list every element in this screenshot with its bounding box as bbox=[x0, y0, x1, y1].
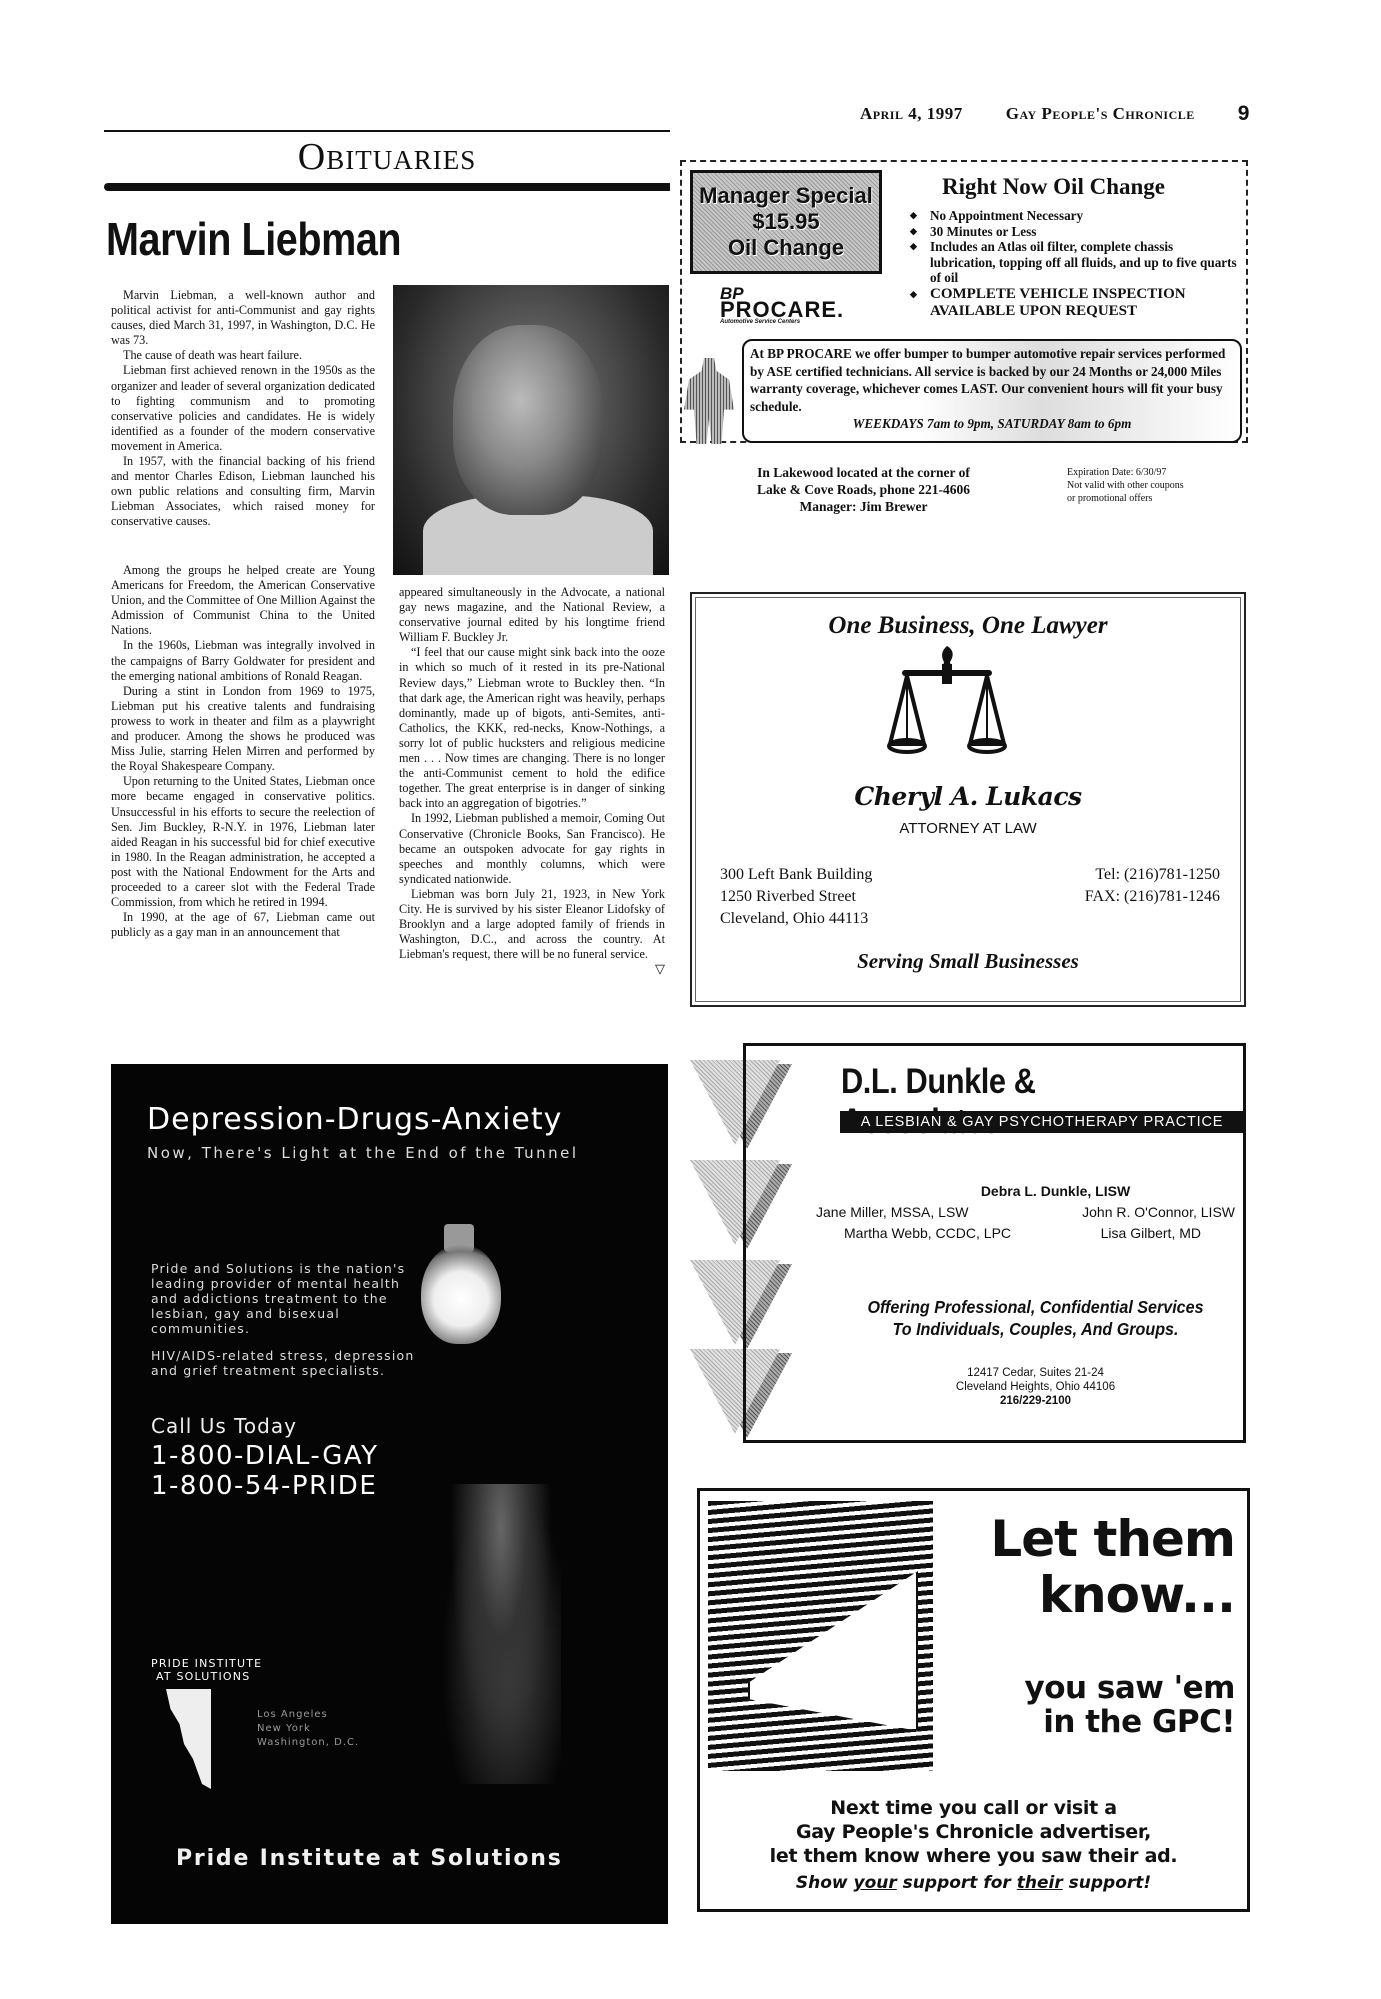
special-line: Oil Change bbox=[728, 235, 844, 261]
city: Washington, D.C. bbox=[257, 1736, 359, 1750]
address-line: 1250 Riverbed Street bbox=[720, 886, 872, 908]
lawyer-contact: Tel: (216)781-1250 FAX: (216)781-1246 bbox=[1085, 864, 1220, 908]
pride-institute-ad: Depression-Drugs-Anxiety Now, There's Li… bbox=[111, 1064, 668, 1924]
scales-of-justice-icon bbox=[882, 644, 1012, 759]
manager-special-box: Manager Special $15.95 Oil Change bbox=[690, 170, 882, 274]
staff-row: Martha Webb, CCDC, LPC Lisa Gilbert, MD bbox=[816, 1223, 1235, 1244]
phone-number: 1-800-DIAL-GAY bbox=[151, 1441, 379, 1471]
paragraph: Among the groups he helped create are Yo… bbox=[111, 563, 375, 638]
dunkle-band: A LESBIAN & GAY PSYCHOTHERAPY PRACTICE bbox=[840, 1111, 1244, 1133]
paragraph: appeared simultaneously in the Advocate,… bbox=[399, 585, 665, 645]
disclaimer: Not valid with other coupons bbox=[1067, 479, 1184, 492]
man-photo bbox=[441, 1484, 561, 1784]
issue-date: April 4, 1997 bbox=[860, 104, 963, 124]
article-column-1-top: Marvin Liebman, a well-known author and … bbox=[111, 288, 375, 530]
staff-row: Jane Miller, MSSA, LSW John R. O'Connor,… bbox=[816, 1202, 1235, 1223]
bullet-item: 30 Minutes or Less bbox=[910, 224, 1240, 240]
slogan-emphasis: your bbox=[854, 1873, 897, 1893]
paragraph: In the 1960s, Liebman was integrally inv… bbox=[111, 638, 375, 683]
expiration-date: Expiration Date: 6/30/97 bbox=[1067, 466, 1184, 479]
phone-number: Tel: (216)781-1250 bbox=[1085, 864, 1220, 886]
staff-member: Martha Webb, CCDC, LPC bbox=[844, 1223, 1011, 1244]
address-line: Cleveland Heights, Ohio 44106 bbox=[836, 1380, 1235, 1394]
logo-text: AT SOLUTIONS bbox=[151, 1670, 262, 1683]
bullet-item: Includes an Atlas oil filter, complete c… bbox=[910, 239, 1240, 286]
oil-expiration: Expiration Date: 6/30/97 Not valid with … bbox=[1067, 466, 1184, 505]
obituary-headline: Marvin Liebman bbox=[106, 212, 401, 266]
business-hours: WEEKDAYS 7am to 9pm, SATURDAY 8am to 6pm bbox=[750, 415, 1234, 433]
procare-logo-text: PROCARE. bbox=[720, 301, 844, 319]
city: New York bbox=[257, 1722, 359, 1736]
map-icon bbox=[166, 1689, 211, 1789]
masthead: April 4, 1997 Gay People's Chronicle 9 bbox=[860, 100, 1250, 128]
special-line: Manager Special bbox=[699, 183, 873, 209]
paragraph: Liebman was born July 21, 1923, in New Y… bbox=[399, 887, 665, 962]
megaphone-cone bbox=[748, 1571, 918, 1731]
gpc-ad: Let them know... you saw 'em in the GPC!… bbox=[697, 1488, 1250, 1912]
gpc-slogan: Show your support for their support! bbox=[700, 1873, 1247, 1893]
page-number: 9 bbox=[1238, 102, 1250, 126]
body-line: let them know where you saw their ad. bbox=[700, 1844, 1247, 1868]
paragraph: In 1957, with the financial backing of h… bbox=[111, 454, 375, 529]
phone-number: 1-800-54-PRIDE bbox=[151, 1471, 377, 1501]
body-line: Next time you call or visit a bbox=[700, 1796, 1247, 1820]
megaphone-icon bbox=[708, 1501, 933, 1771]
lawyer-headline: One Business, One Lawyer bbox=[692, 612, 1244, 640]
lawyer-title: ATTORNEY AT LAW bbox=[692, 820, 1244, 837]
dep-ad-body: Pride and Solutions is the nation's lead… bbox=[151, 1261, 421, 1390]
paragraph: In 1990, at the age of 67, Liebman came … bbox=[111, 910, 375, 940]
oil-location: In Lakewood located at the corner of Lak… bbox=[757, 464, 970, 515]
photo-face bbox=[453, 325, 603, 515]
publication-name: Gay People's Chronicle bbox=[1006, 104, 1195, 124]
special-price: $15.95 bbox=[752, 209, 819, 235]
address-line: 300 Left Bank Building bbox=[720, 864, 872, 886]
gpc-subhead: you saw 'em in the GPC! bbox=[1025, 1671, 1236, 1739]
end-mark-icon: ▽ bbox=[655, 962, 665, 977]
staff-lead: Debra L. Dunkle, LISW bbox=[816, 1181, 1235, 1202]
fax-number: FAX: (216)781-1246 bbox=[1085, 886, 1220, 908]
paragraph: “I feel that our cause might sink back i… bbox=[399, 645, 665, 811]
tagline-line: To Individuals, Couples, And Groups. bbox=[852, 1318, 1219, 1340]
subhead-line: in the GPC! bbox=[1025, 1705, 1236, 1739]
paragraph: The cause of death was heart failure. bbox=[111, 348, 375, 363]
section-title: Obituaries bbox=[104, 135, 670, 179]
call-prompt: Call Us Today bbox=[151, 1414, 297, 1438]
oil-ad-bullets: No Appointment Necessary 30 Minutes or L… bbox=[910, 208, 1240, 320]
paragraph: Marvin Liebman, a well-known author and … bbox=[111, 288, 375, 348]
staff-member: John R. O'Connor, LISW bbox=[1082, 1202, 1235, 1223]
slogan-part: support for bbox=[897, 1873, 1017, 1893]
lawyer-ad: One Business, One Lawyer Cheryl A. Lukac… bbox=[690, 592, 1246, 1007]
bullet-item: COMPLETE VEHICLE INSPECTION AVAILABLE UP… bbox=[910, 286, 1240, 320]
slogan-part: support! bbox=[1063, 1873, 1151, 1893]
lawyer-footer: Serving Small Businesses bbox=[692, 949, 1244, 974]
light-bulb-icon bbox=[421, 1244, 501, 1344]
logo-text: PRIDE INSTITUTE bbox=[151, 1657, 262, 1670]
obituary-photo bbox=[393, 285, 669, 575]
pride-logo: PRIDE INSTITUTE AT SOLUTIONS bbox=[151, 1657, 262, 1683]
oil-change-ad: Manager Special $15.95 Oil Change BP PRO… bbox=[680, 160, 1248, 443]
staff-member: Jane Miller, MSSA, LSW bbox=[816, 1202, 969, 1223]
paragraph: Liebman first achieved renown in the 195… bbox=[111, 363, 375, 454]
paragraph: Pride and Solutions is the nation's lead… bbox=[151, 1261, 421, 1336]
body-line: Gay People's Chronicle advertiser, bbox=[700, 1820, 1247, 1844]
mechanic-illustration bbox=[684, 358, 734, 444]
staff-list: Debra L. Dunkle, LISW Jane Miller, MSSA,… bbox=[816, 1181, 1235, 1244]
location-line: In Lakewood located at the corner of bbox=[757, 464, 970, 481]
locations-list: Los Angeles New York Washington, D.C. bbox=[257, 1708, 359, 1750]
tagline-line: Offering Professional, Confidential Serv… bbox=[852, 1296, 1219, 1318]
dep-ad-title: Depression-Drugs-Anxiety bbox=[147, 1102, 562, 1137]
article-column-2: appeared simultaneously in the Advocate,… bbox=[399, 585, 665, 977]
dep-ad-subtitle: Now, There's Light at the End of the Tun… bbox=[147, 1144, 579, 1162]
section-rule-bottom bbox=[104, 183, 670, 191]
lawyer-name: Cheryl A. Lukacs bbox=[692, 782, 1244, 811]
promo-text: At BP PROCARE we offer bumper to bumper … bbox=[750, 345, 1234, 415]
gpc-headline: Let them know... bbox=[990, 1511, 1235, 1623]
staff-member: Lisa Gilbert, MD bbox=[1101, 1223, 1201, 1244]
gpc-body: Next time you call or visit a Gay People… bbox=[700, 1796, 1247, 1868]
city: Los Angeles bbox=[257, 1708, 359, 1722]
lawyer-address: 300 Left Bank Building 1250 Riverbed Str… bbox=[720, 864, 872, 930]
slogan-part: Show bbox=[796, 1873, 854, 1893]
paragraph: HIV/AIDS-related stress, depression and … bbox=[151, 1348, 421, 1378]
subhead-line: you saw 'em bbox=[1025, 1671, 1236, 1705]
dunkle-address: 12417 Cedar, Suites 21-24 Cleveland Heig… bbox=[836, 1366, 1235, 1408]
location-line: Lake & Cove Roads, phone 221-4606 bbox=[757, 481, 970, 498]
paragraph: In 1992, Liebman published a memoir, Com… bbox=[399, 811, 665, 886]
address-line: 12417 Cedar, Suites 21-24 bbox=[836, 1366, 1235, 1380]
oil-ad-title: Right Now Oil Change bbox=[942, 174, 1165, 200]
dunkle-tagline: Offering Professional, Confidential Serv… bbox=[852, 1296, 1219, 1340]
headline-line: know... bbox=[990, 1567, 1235, 1623]
section-rule-top bbox=[104, 130, 670, 132]
procare-logo: BP PROCARE. Automotive Service Centers bbox=[720, 287, 844, 325]
oil-promo-box: At BP PROCARE we offer bumper to bumper … bbox=[742, 339, 1242, 443]
dunkle-ad: D.L. Dunkle & Associates A LESBIAN & GAY… bbox=[743, 1043, 1246, 1443]
address-line: Cleveland, Ohio 44113 bbox=[720, 908, 872, 930]
phone-number: 216/229-2100 bbox=[836, 1394, 1235, 1408]
slogan-emphasis: their bbox=[1017, 1873, 1063, 1893]
paragraph: Upon returning to the United States, Lie… bbox=[111, 774, 375, 910]
headline-line: Let them bbox=[990, 1511, 1235, 1567]
article-column-1-bottom: Among the groups he helped create are Yo… bbox=[111, 563, 375, 940]
paragraph: During a stint in London from 1969 to 19… bbox=[111, 684, 375, 775]
bullet-item: No Appointment Necessary bbox=[910, 208, 1240, 224]
manager-name: Manager: Jim Brewer bbox=[757, 498, 970, 515]
dep-ad-footer: Pride Institute at Solutions bbox=[176, 1846, 563, 1871]
disclaimer: or promotional offers bbox=[1067, 492, 1184, 505]
